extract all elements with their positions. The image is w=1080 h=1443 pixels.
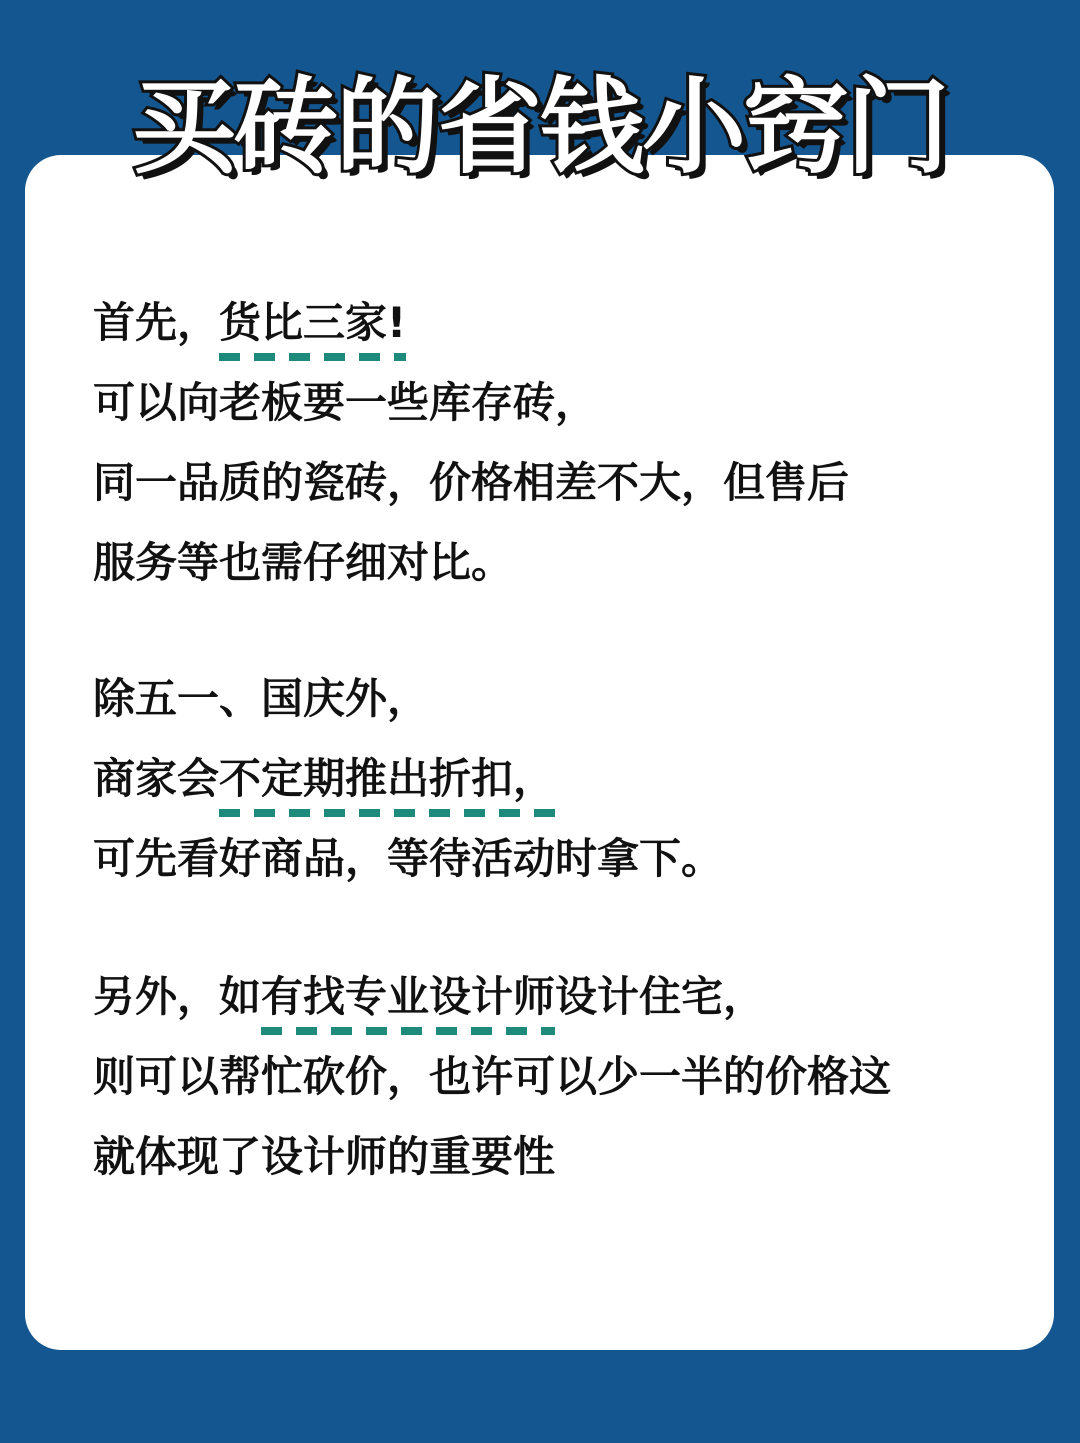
text-line: 则可以帮忙砍价，也许可以少一半的价格这 bbox=[93, 1037, 891, 1117]
text-line: 同一品质的瓷砖，价格相差不大，但售后 bbox=[93, 443, 849, 523]
text-line: 另外，如有找专业设计师设计住宅， bbox=[93, 957, 891, 1037]
text-line: 商家会不定期推出折扣， bbox=[93, 739, 723, 819]
text-line: 除五一、国庆外， bbox=[93, 659, 723, 739]
text: 首先， bbox=[93, 298, 219, 347]
text-line: 就体现了设计师的重要性 bbox=[93, 1117, 891, 1197]
text: 设计住宅， bbox=[555, 972, 765, 1021]
paragraph-3: 另外，如有找专业设计师设计住宅， 则可以帮忙砍价，也许可以少一半的价格这 就体现… bbox=[93, 957, 891, 1197]
text: 另外，如 bbox=[93, 972, 261, 1021]
paragraph-1: 首先，货比三家! 可以向老板要一些库存砖， 同一品质的瓷砖，价格相差不大，但售后… bbox=[93, 283, 849, 603]
text-line: 服务等也需仔细对比。 bbox=[93, 523, 849, 603]
text: 商家会 bbox=[93, 754, 219, 803]
highlighted-text: 不定期推出折扣， bbox=[219, 754, 555, 817]
text-line: 首先，货比三家! bbox=[93, 283, 849, 363]
page-title: 买砖的省钱小窍门 bbox=[0, 62, 1080, 192]
highlighted-text: 有找专业设计师 bbox=[261, 972, 555, 1035]
text-line: 可以向老板要一些库存砖， bbox=[93, 363, 849, 443]
paragraph-2: 除五一、国庆外， 商家会不定期推出折扣， 可先看好商品，等待活动时拿下。 bbox=[93, 659, 723, 899]
text-line: 可先看好商品，等待活动时拿下。 bbox=[93, 819, 723, 899]
highlighted-text: 货比三家! bbox=[219, 298, 406, 361]
